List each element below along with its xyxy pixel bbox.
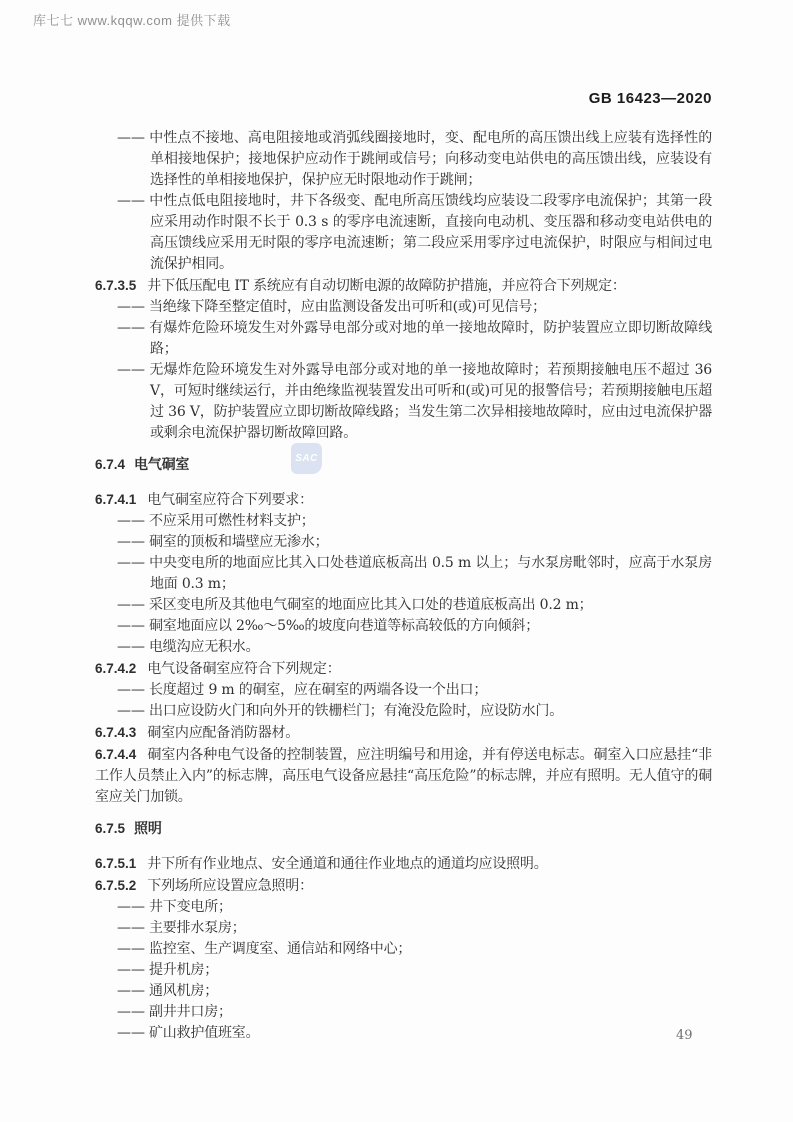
dash-marker: —— (117, 618, 145, 634)
dash-marker: —— (117, 639, 145, 655)
dash-marker: —— (117, 941, 145, 957)
standard-code-header: GB 16423—2020 (589, 90, 712, 107)
dash-marker: —— (117, 962, 145, 978)
list-item: ——电缆沟应无积水。 (95, 637, 712, 658)
list-item: ——硐室的顶板和墙壁应无渗水； (95, 532, 712, 553)
list-item: ——主要排水泵房； (95, 918, 712, 939)
list-item: ——通风机房； (95, 981, 712, 1002)
list-item-text: 矿山救护值班室。 (149, 1025, 259, 1041)
list-item-text: 硐室地面应以 2‰～5‰的坡度向巷道等标高较低的方向倾斜； (149, 618, 539, 634)
dash-marker: —— (117, 983, 145, 999)
clause-paragraph: 6.7.4.1电气硐室应符合下列要求： (95, 489, 712, 511)
clause-number: 6.7.3.5 (95, 278, 136, 293)
dash-marker: —— (117, 555, 145, 571)
heading-number: 6.7.4 (95, 457, 125, 472)
list-item: ——副井井口房； (95, 1002, 712, 1023)
list-item: ——中性点低电阻接地时，井下各级变、配电所高压馈线均应装设二段零序电流保护；其第… (95, 191, 712, 275)
section-heading: 6.7.5照明 (95, 818, 712, 840)
list-item: ——井下变电所； (95, 897, 712, 918)
dash-marker: —— (117, 1025, 145, 1041)
clause-text: 硐室内应配备消防器材。 (147, 725, 299, 741)
list-item-text: 副井井口房； (149, 1004, 232, 1020)
dash-marker: —— (117, 597, 145, 613)
list-item-text: 提升机房； (149, 962, 218, 978)
dash-marker: —— (117, 320, 145, 336)
clause-number: 6.7.4.1 (95, 492, 136, 507)
clause-paragraph: 6.7.4.2电气设备硐室应符合下列规定： (95, 658, 712, 680)
dash-marker: —— (117, 362, 145, 378)
clause-number: 6.7.4.3 (95, 725, 136, 740)
clause-number: 6.7.5.1 (95, 856, 136, 871)
list-item-text: 长度超过 9 m 的硐室，应在硐室的两端各设一个出口； (149, 682, 487, 698)
dash-marker: —— (117, 534, 145, 550)
list-item: ——无爆炸危险环境发生对外露导电部分或对地的单一接地故障时；若预期接触电压不超过… (95, 360, 712, 444)
list-item: ——中性点不接地、高电阻接地或消弧线圈接地时，变、配电所的高压馈出线上应装有选择… (95, 128, 712, 191)
list-item: ——采区变电所及其他电气硐室的地面应比其入口处的巷道底板高出 0.2 m； (95, 595, 712, 616)
list-item: ——出口应设防火门和向外开的铁栅栏门；有淹没危险时，应设防水门。 (95, 701, 712, 722)
list-item-text: 无爆炸危险环境发生对外露导电部分或对地的单一接地故障时；若预期接触电压不超过 3… (149, 362, 712, 441)
list-item-text: 不应采用可燃性材料支护； (149, 513, 315, 529)
list-item-text: 通风机房； (149, 983, 218, 999)
list-item-text: 有爆炸危险环境发生对外露导电部分或对地的单一接地故障时，防护装置应立即切断故障线… (149, 320, 712, 357)
clause-paragraph: 6.7.5.1井下所有作业地点、安全通道和通往作业地点的通道均应设照明。 (95, 853, 712, 875)
clause-text: 硐室内各种电气设备的控制装置，应注明编号和用途，并有停送电标志。硐室入口应悬挂“… (95, 747, 712, 805)
list-item-text: 中央变电所的地面应比其入口处巷道底板高出 0.5 m 以上；与水泵房毗邻时，应高… (149, 555, 712, 592)
list-item: ——中央变电所的地面应比其入口处巷道底板高出 0.5 m 以上；与水泵房毗邻时，… (95, 553, 712, 595)
list-item: ——监控室、生产调度室、通信站和网络中心； (95, 939, 712, 960)
clause-number: 6.7.4.4 (95, 747, 136, 762)
clause-paragraph: 6.7.4.3硐室内应配备消防器材。 (95, 722, 712, 744)
list-item: ——不应采用可燃性材料支护； (95, 511, 712, 532)
clause-text: 电气硐室应符合下列要求： (147, 492, 313, 508)
dash-marker: —— (117, 193, 145, 209)
heading-title: 照明 (134, 821, 162, 837)
list-item: ——当绝缘下降至整定值时，应由监测设备发出可听和(或)可见信号； (95, 297, 712, 318)
list-item-text: 中性点低电阻接地时，井下各级变、配电所高压馈线均应装设二段零序电流保护；其第一段… (149, 193, 712, 272)
list-item-text: 电缆沟应无积水。 (149, 639, 259, 655)
list-item-text: 出口应设防火门和向外开的铁栅栏门；有淹没危险时，应设防水门。 (149, 703, 563, 719)
list-item-text: 硐室的顶板和墙壁应无渗水； (149, 534, 328, 550)
list-item-text: 采区变电所及其他电气硐室的地面应比其入口处的巷道底板高出 0.2 m； (149, 597, 592, 613)
list-item-text: 中性点不接地、高电阻接地或消弧线圈接地时，变、配电所的高压馈出线上应装有选择性的… (149, 130, 712, 188)
list-item: ——提升机房； (95, 960, 712, 981)
dash-marker: —— (117, 513, 145, 529)
list-item: ——长度超过 9 m 的硐室，应在硐室的两端各设一个出口； (95, 680, 712, 701)
dash-marker: —— (117, 1004, 145, 1020)
clause-text: 电气设备硐室应符合下列规定： (147, 661, 340, 677)
clause-paragraph: 6.7.4.4硐室内各种电气设备的控制装置，应注明编号和用途，并有停送电标志。硐… (95, 744, 712, 808)
dash-marker: —— (117, 703, 145, 719)
clause-text: 井下低压配电 IT 系统应有自动切断电源的故障防护措施，并应符合下列规定： (147, 278, 625, 294)
list-item-text: 当绝缘下降至整定值时，应由监测设备发出可听和(或)可见信号； (149, 299, 546, 315)
site-watermark-text: 库七七 www.kqqw.com 提供下载 (33, 10, 231, 29)
clause-text: 下列场所应设置应急照明： (147, 878, 313, 894)
heading-number: 6.7.5 (95, 821, 125, 836)
heading-title: 电气硐室 (134, 457, 189, 473)
list-item-text: 监控室、生产调度室、通信站和网络中心； (149, 941, 411, 957)
list-item-text: 主要排水泵房； (149, 920, 246, 936)
list-item-text: 井下变电所； (149, 899, 232, 915)
dash-marker: —— (117, 899, 145, 915)
page-number: 49 (676, 1028, 693, 1043)
clause-text: 井下所有作业地点、安全通道和通往作业地点的通道均应设照明。 (147, 856, 547, 872)
clause-number: 6.7.5.2 (95, 878, 136, 893)
dash-marker: —— (117, 682, 145, 698)
section-heading: 6.7.4电气硐室 (95, 454, 712, 476)
clause-paragraph: 6.7.3.5井下低压配电 IT 系统应有自动切断电源的故障防护措施，并应符合下… (95, 275, 712, 297)
clause-number: 6.7.4.2 (95, 661, 136, 676)
dash-marker: —— (117, 130, 145, 146)
clause-paragraph: 6.7.5.2下列场所应设置应急照明： (95, 875, 712, 897)
list-item: ——有爆炸危险环境发生对外露导电部分或对地的单一接地故障时，防护装置应立即切断故… (95, 318, 712, 360)
dash-marker: —— (117, 920, 145, 936)
document-body: ——中性点不接地、高电阻接地或消弧线圈接地时，变、配电所的高压馈出线上应装有选择… (95, 128, 712, 1044)
list-item: ——矿山救护值班室。 (95, 1023, 712, 1044)
list-item: ——硐室地面应以 2‰～5‰的坡度向巷道等标高较低的方向倾斜； (95, 616, 712, 637)
page: 库七七 www.kqqw.com 提供下载 GB 16423—2020 SAC … (0, 0, 793, 1122)
dash-marker: —— (117, 299, 145, 315)
